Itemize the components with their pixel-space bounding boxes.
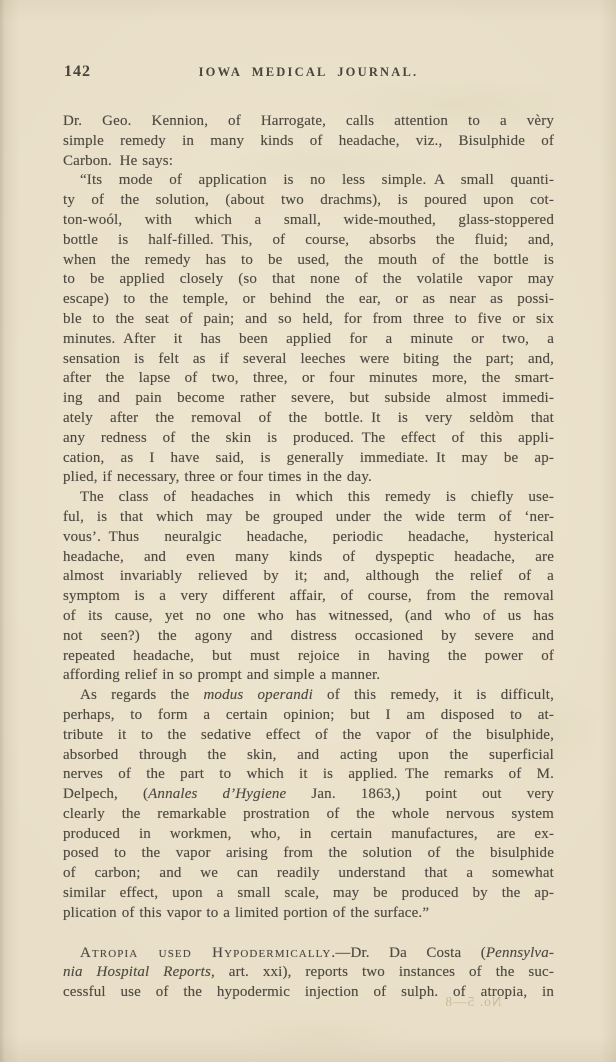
text-line: similar effect, upon a small scale, may … <box>63 884 554 904</box>
italic-text: Annales d’Hygiene <box>148 786 286 802</box>
text-line: Delpech, (Annales d’Hygiene Jan. 1863,) … <box>63 785 554 805</box>
text-line: ful, is that which may be grouped under … <box>63 508 554 528</box>
text-line: escape) to the temple, or behind the ear… <box>63 290 554 310</box>
text-line: not seen?) the agony and distress occasi… <box>63 627 554 647</box>
text-line: nerves of the part to which it is applie… <box>63 765 554 785</box>
text-line: “Its mode of application is no less simp… <box>63 171 554 191</box>
text-line: to be applied closely (so that none of t… <box>63 270 554 290</box>
text-line: The class of headaches in which this rem… <box>63 488 554 508</box>
small-caps-text: Atropia used Hypodermically <box>80 945 331 961</box>
text-line: when the remedy has to be used, the mout… <box>63 251 554 271</box>
text-line: simple remedy in many kinds of headache,… <box>63 132 554 152</box>
italic-text: Pennsylva- <box>486 945 554 961</box>
text-line: ing and pain become rather severe, but s… <box>63 389 554 409</box>
text-line: clearly the remarkable prostration of th… <box>63 805 554 825</box>
page-body: Dr. Geo. Kennion, of Harrogate, calls at… <box>63 112 554 1003</box>
paragraph: The class of headaches in which this rem… <box>63 488 554 686</box>
text-line: repeated headache, but must rejoice in h… <box>63 647 554 667</box>
text-line: produced in workmen, who, in certain man… <box>63 825 554 845</box>
text-line: plication of this vapor to a limited por… <box>63 904 554 924</box>
italic-text: modus operandi <box>203 687 312 703</box>
text-line: plied, if necessary, three or four times… <box>63 468 554 488</box>
text-line: absorbed through the skin, and acting up… <box>63 746 554 766</box>
text-line: almost invariably relieved by it; and, a… <box>63 567 554 587</box>
text-line: after the lapse of two, three, or four m… <box>63 369 554 389</box>
text-line: Dr. Geo. Kennion, of Harrogate, calls at… <box>63 112 554 132</box>
text-line: minutes. After it has been applied for a… <box>63 330 554 350</box>
text-line: ton-woól, with which a small, wide-mouth… <box>63 211 554 231</box>
text-line: affording relief in so prompt and simple… <box>63 666 554 686</box>
text-line: nia Hospital Reports, art. xxi), reports… <box>63 963 554 983</box>
text-line: headache, and even many kinds of dyspept… <box>63 548 554 568</box>
scanned-book-page: 142 IOWA MEDICAL JOURNAL. Dr. Geo. Kenni… <box>0 0 616 1062</box>
page-header: 142 IOWA MEDICAL JOURNAL. <box>63 63 554 83</box>
text-line: cation, as I have said, is generally imm… <box>63 449 554 469</box>
text-line: ty of the solution, (about two drachms),… <box>63 191 554 211</box>
text-line: of carbon; and we can readily understand… <box>63 864 554 884</box>
text-line: Carbon. He says: <box>63 152 554 172</box>
text-line: any redness of the skin is produced. The… <box>63 429 554 449</box>
text-line: perhaps, to form a certain opinion; but … <box>63 706 554 726</box>
paragraph: Dr. Geo. Kennion, of Harrogate, calls at… <box>63 112 554 171</box>
paragraph: As regards the modus operandi of this re… <box>63 686 554 924</box>
text-line: bottle is half-filled. This, of course, … <box>63 231 554 251</box>
text-line: sensation is felt as if several leeches … <box>63 350 554 370</box>
journal-title: IOWA MEDICAL JOURNAL. <box>63 65 554 80</box>
show-through-text: No. 5—8 <box>428 994 518 1010</box>
text-line: Atropia used Hypodermically.—Dr. Da Cost… <box>63 944 554 964</box>
text-line: ble to the seat of pain; and so held, fo… <box>63 310 554 330</box>
text-line: symptom is a very different affair, of c… <box>63 587 554 607</box>
text-line: tribute it to the sedative effect of the… <box>63 726 554 746</box>
text-line: vous’. Thus neuralgic headache, periodic… <box>63 528 554 548</box>
italic-text: nia Hospital Reports <box>63 964 211 980</box>
text-line: posed to the vapor arising from the solu… <box>63 844 554 864</box>
text-line: ately after the removal of the bottle. I… <box>63 409 554 429</box>
text-line: of its cause, yet no one who has witness… <box>63 607 554 627</box>
text-line: As regards the modus operandi of this re… <box>63 686 554 706</box>
paragraph: “Its mode of application is no less simp… <box>63 171 554 488</box>
